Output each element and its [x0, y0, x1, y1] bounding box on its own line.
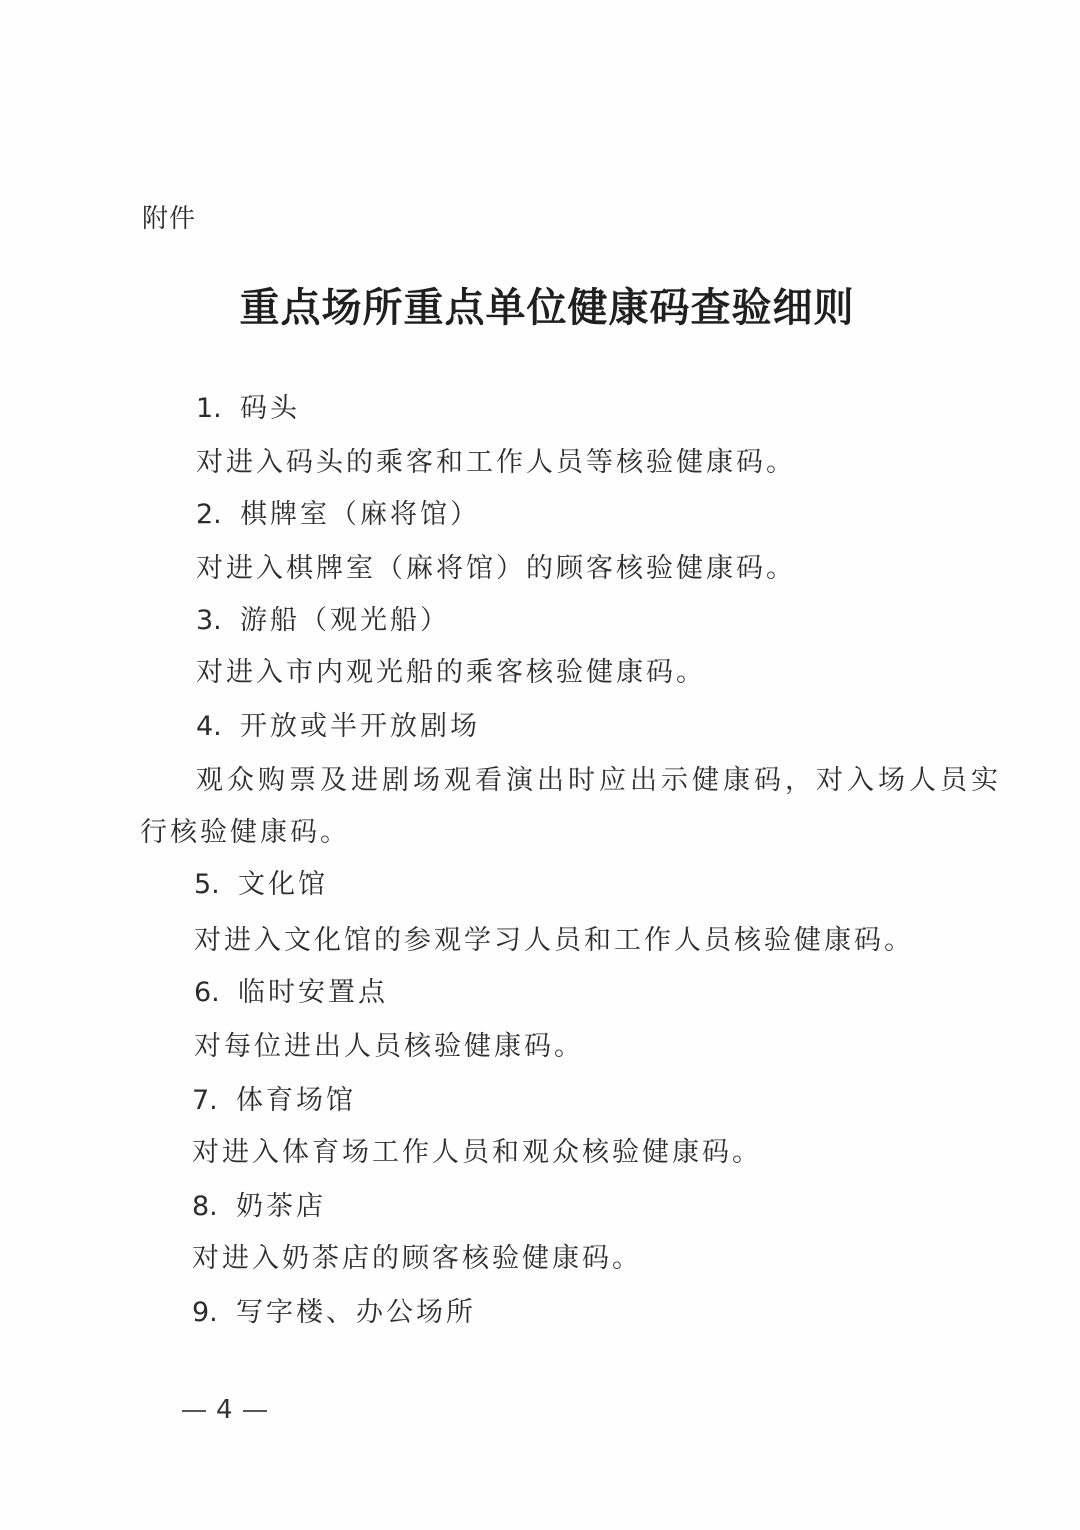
item-number: 2. — [196, 499, 240, 530]
item-heading-text: 文化馆 — [238, 869, 328, 900]
item-heading: 6.临时安置点 — [194, 970, 388, 1009]
item-number: 4. — [196, 711, 240, 742]
item-heading-text: 奶茶店 — [236, 1191, 326, 1222]
item-heading: 5.文化馆 — [194, 862, 328, 901]
item-heading: 2.棋牌室（麻将馆） — [196, 492, 480, 531]
dash-right — [243, 1410, 267, 1412]
item-body: 观众购票及进剧场观看演出时应出示健康码，对入场人员实 — [196, 758, 1002, 797]
item-body: 对进入奶茶店的顾客核验健康码。 — [192, 1236, 642, 1275]
item-heading-text: 体育场馆 — [236, 1085, 356, 1116]
item-heading-text: 临时安置点 — [238, 977, 388, 1008]
item-heading: 7.体育场馆 — [192, 1078, 356, 1117]
dash-left — [182, 1410, 206, 1412]
item-heading-text: 游船（观光船） — [240, 605, 450, 636]
item-number: 9. — [192, 1297, 236, 1328]
item-heading: 9.写字楼、办公场所 — [192, 1290, 476, 1329]
item-body: 对进入文化馆的参观学习人员和工作人员核验健康码。 — [194, 918, 914, 957]
item-body: 对每位进出人员核验健康码。 — [194, 1024, 584, 1063]
page-number-footer: 4 — [172, 1395, 277, 1425]
item-number: 5. — [194, 869, 238, 900]
item-heading: 3.游船（观光船） — [196, 598, 450, 637]
item-number: 7. — [192, 1085, 236, 1116]
item-heading: 1.码头 — [196, 386, 300, 425]
item-number: 3. — [196, 605, 240, 636]
item-body: 对进入市内观光船的乘客核验健康码。 — [196, 650, 706, 689]
item-body: 对进入码头的乘客和工作人员等核验健康码。 — [196, 440, 796, 479]
item-body: 对进入棋牌室（麻将馆）的顾客核验健康码。 — [196, 546, 796, 585]
item-heading: 8.奶茶店 — [192, 1184, 326, 1223]
document-title: 重点场所重点单位健康码查验细则 — [0, 276, 1080, 333]
item-heading-text: 码头 — [240, 393, 300, 424]
item-body-continued: 行核验健康码。 — [140, 810, 350, 849]
item-number: 6. — [194, 977, 238, 1008]
item-heading: 4.开放或半开放剧场 — [196, 704, 480, 743]
item-number: 8. — [192, 1191, 236, 1222]
attachment-label: 附件 — [142, 198, 196, 235]
page-number: 4 — [216, 1395, 233, 1425]
item-heading-text: 棋牌室（麻将馆） — [240, 499, 480, 530]
item-heading-text: 写字楼、办公场所 — [236, 1297, 476, 1328]
item-heading-text: 开放或半开放剧场 — [240, 711, 480, 742]
document-page: 附件 重点场所重点单位健康码查验细则 1.码头 对进入码头的乘客和工作人员等核验… — [0, 0, 1080, 1530]
item-number: 1. — [196, 393, 240, 424]
item-body: 对进入体育场工作人员和观众核验健康码。 — [192, 1130, 762, 1169]
